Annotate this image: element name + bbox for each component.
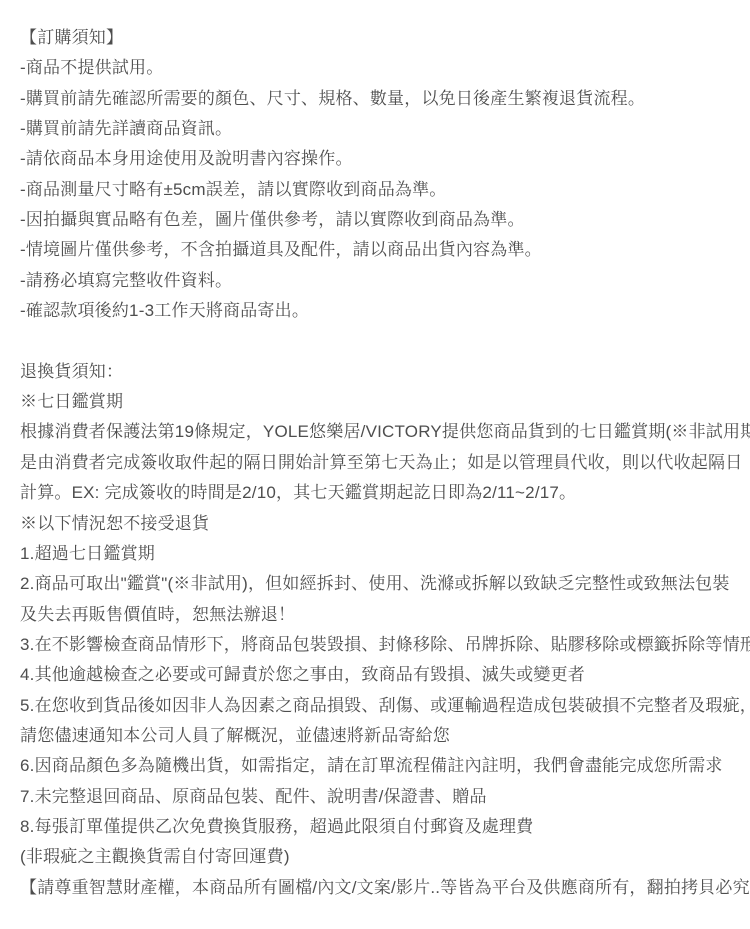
return-notice-section: 退換貨須知： ※七日鑑賞期 根據消費者保護法第19條規定，YOLE悠樂居/VIC… xyxy=(20,357,750,903)
return-notice-line: 2.商品可取出"鑑賞"(※非試用)，但如經拆封、使用、洗滌或拆解以致缺乏完整性或… xyxy=(20,569,750,599)
return-notice-line: 7.未完整退回商品、原商品包裝、配件、說明書/保證書、贈品 xyxy=(20,782,750,812)
order-notice-item: -因拍攝與實品略有色差，圖片僅供參考，請以實際收到商品為準。 xyxy=(20,205,750,235)
order-notice-item: -情境圖片僅供參考，不含拍攝道具及配件，請以商品出貨內容為準。 xyxy=(20,235,750,265)
return-notice-line: 1.超過七日鑑賞期 xyxy=(20,539,750,569)
order-notice-item: -請依商品本身用途使用及說明書內容操作。 xyxy=(20,144,750,174)
return-notice-line: 根據消費者保護法第19條規定，YOLE悠樂居/VICTORY提供您商品貨到的七日… xyxy=(20,417,750,447)
order-notice-section: 【訂購須知】 -商品不提供試用。 -購買前請先確認所需要的顏色、尺寸、規格、數量… xyxy=(20,23,750,326)
order-notice-item: -商品測量尺寸略有±5cm誤差，請以實際收到商品為準。 xyxy=(20,175,750,205)
order-notice-item: -購買前請先確認所需要的顏色、尺寸、規格、數量，以免日後產生繁複退貨流程。 xyxy=(20,84,750,114)
return-notice-line: (非瑕疵之主觀換貨需自付寄回運費) xyxy=(20,842,750,872)
copyright-notice: 【請尊重智慧財產權，本商品所有圖檔/內文/文案/影片..等皆為平台及供應商所有，… xyxy=(20,873,750,903)
return-notice-line: 是由消費者完成簽收取件起的隔日開始計算至第七天為止；如是以管理員代收，則以代收起… xyxy=(20,448,750,478)
order-notice-item: -確認款項後約1-3工作天將商品寄出。 xyxy=(20,296,750,326)
return-notice-line: 計算。EX: 完成簽收的時間是2/10，其七天鑑賞期起訖日即為2/11~2/17… xyxy=(20,478,750,508)
order-notice-title: 【訂購須知】 xyxy=(20,23,750,53)
order-notice-item: -購買前請先詳讀商品資訊。 xyxy=(20,114,750,144)
order-notice-item: -商品不提供試用。 xyxy=(20,53,750,83)
return-notice-line: 6.因商品顏色多為隨機出貨，如需指定，請在訂單流程備註內註明，我們會盡能完成您所… xyxy=(20,751,750,781)
return-notice-line: 3.在不影響檢查商品情形下，將商品包裝毀損、封條移除、吊牌拆除、貼膠移除或標籤拆… xyxy=(20,630,750,660)
return-notice-line: 5.在您收到貨品後如因非人為因素之商品損毀、刮傷、或運輸過程造成包裝破損不完整者… xyxy=(20,691,750,721)
return-notice-line: 8.每張訂單僅提供乙次免費換貨服務，超過此限須自付郵資及處理費 xyxy=(20,812,750,842)
return-notice-line: ※七日鑑賞期 xyxy=(20,387,750,417)
return-notice-line: ※以下情況恕不接受退貨 xyxy=(20,509,750,539)
return-notice-line: 請您儘速通知本公司人員了解概況，並儘速將新品寄給您 xyxy=(20,721,750,751)
product-notice-document: 【訂購須知】 -商品不提供試用。 -購買前請先確認所需要的顏色、尺寸、規格、數量… xyxy=(0,0,750,929)
return-notice-line: 及失去再販售價值時，恕無法辦退！ xyxy=(20,600,750,630)
return-notice-line: 4.其他逾越檢查之必要或可歸責於您之事由，致商品有毀損、滅失或變更者 xyxy=(20,660,750,690)
order-notice-item: -請務必填寫完整收件資料。 xyxy=(20,266,750,296)
return-notice-title: 退換貨須知： xyxy=(20,357,750,387)
